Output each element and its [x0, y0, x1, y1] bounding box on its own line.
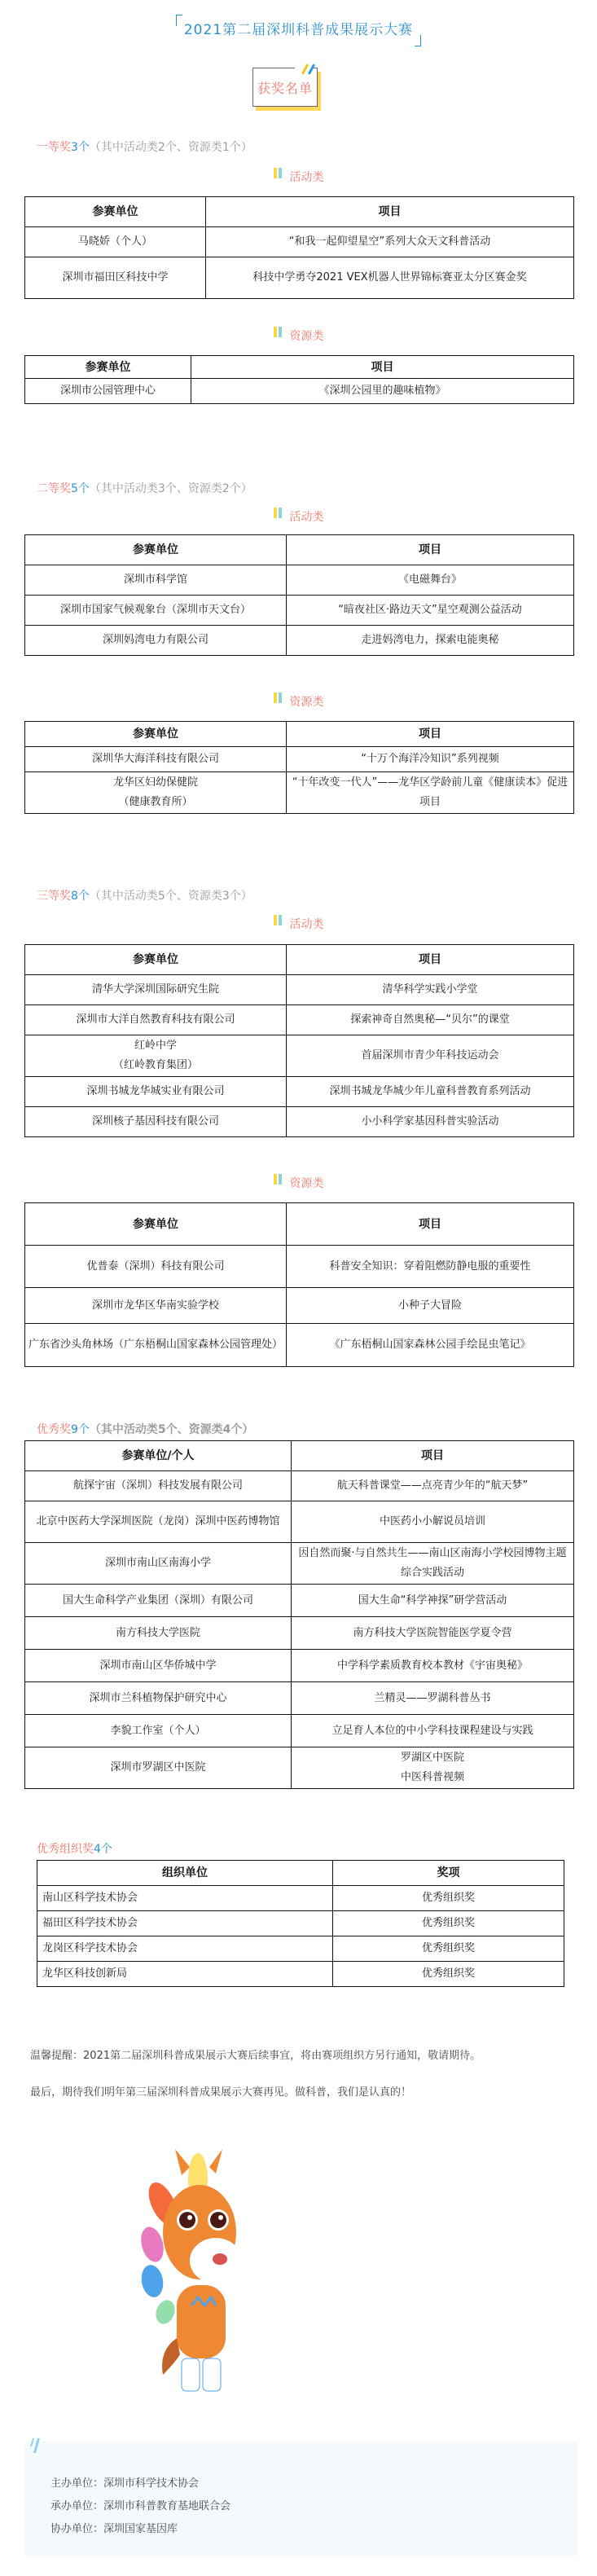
- table-header: 参赛单位: [25, 722, 287, 747]
- table-row: 清华大学深圳国际研究生院 清华科学实践小学堂: [25, 975, 574, 1005]
- bracket-bottom-right-icon: [415, 35, 421, 46]
- table-cell-unit: 深圳市大洋自然教育科技有限公司: [25, 1005, 287, 1035]
- award-level: 优秀组织奖: [37, 1843, 94, 1856]
- table-row: 深圳市罗湖区中医院 罗湖区中医院 中医科普视频: [25, 1747, 574, 1789]
- category-heading: 资源类: [0, 327, 597, 344]
- table-row: 北京中医药大学深圳医院（龙岗）深圳中医药博物馆 中医药小小解说员培训: [25, 1501, 574, 1543]
- table-header: 项目: [292, 1441, 574, 1471]
- award-table: 参赛单位 项目 优普泰（深圳）科技有限公司 科普安全知识：穿着阻燃防静电服的重要…: [24, 1202, 574, 1367]
- award-table: 参赛单位 项目 深圳华大海洋科技有限公司 “十万个海洋冷知识”系列视频 龙华区妇…: [24, 721, 574, 814]
- table-row: 优普泰（深圳）科技有限公司 科普安全知识：穿着阻燃防静电服的重要性: [25, 1246, 574, 1288]
- table-cell-unit: 航探宇宙（深圳）科技发展有限公司: [25, 1471, 292, 1501]
- table-cell-unit: 马晓娇（个人）: [25, 227, 206, 257]
- table-cell-unit: 清华大学深圳国际研究生院: [25, 975, 287, 1005]
- page-title-wrap: 2021第二届深圳科普成果展示大赛: [0, 15, 597, 42]
- table-cell-unit: 龙岗区科学技术协会: [37, 1936, 333, 1962]
- award-level: 三等奖: [37, 890, 71, 903]
- table-cell-award: 优秀组织奖: [333, 1962, 564, 1987]
- table-cell-project: 中医药小小解说员培训: [292, 1501, 574, 1543]
- quote-mark-icon: [29, 2438, 42, 2455]
- table-row: 深圳核子基因科技有限公司 小小科学家基因科普实验活动: [25, 1107, 574, 1137]
- closing-note: 最后，期待我们明年第三届深圳科普成果展示大赛再见。做科普，我们是认真的！: [30, 2083, 411, 2099]
- table-row: 龙华区妇幼保健院 （健康教育所） “十年改变一代人”——龙华区学龄前儿童《健康读…: [25, 772, 574, 814]
- table-cell-award: 优秀组织奖: [333, 1886, 564, 1911]
- table-row: 深圳华大海洋科技有限公司 “十万个海洋冷知识”系列视频: [25, 747, 574, 772]
- table-cell-project: 航天科普课堂——点亮青少年的“航天梦”: [292, 1471, 574, 1501]
- organizer-host: 主办单位：深圳市科学技术协会: [50, 2474, 199, 2490]
- table-cell-unit: 南山区科学技术协会: [37, 1886, 333, 1911]
- table-row: 福田区科学技术协会 优秀组织奖: [37, 1911, 564, 1936]
- award-table: 参赛单位 项目 马晓娇（个人） “和我一起仰望星空”系列大众天文科普活动 深圳市…: [24, 196, 574, 299]
- category-heading: 活动类: [0, 508, 597, 525]
- organizer-co-organizer: 协办单位：深圳国家基因库: [50, 2520, 178, 2535]
- table-header: 项目: [287, 1203, 574, 1246]
- page-title: 2021第二届深圳科普成果展示大赛: [176, 15, 421, 42]
- table-row: 深圳市福田区科技中学 科技中学勇夺2021 VEX机器人世界锦标赛亚太分区赛金奖: [25, 257, 574, 299]
- award-level: 优秀奖: [37, 1423, 71, 1436]
- table-cell-unit: 深圳市南山区南海小学: [25, 1543, 292, 1585]
- table-row: 南方科技大学医院 南方科技大学医院智能医学夏令营: [25, 1617, 574, 1650]
- table-cell-project: 首届深圳市青少年科技运动会: [287, 1035, 574, 1077]
- page-title-text: 2021第二届深圳科普成果展示大赛: [184, 22, 413, 38]
- award-table: 参赛单位 项目 深圳市公园管理中心 《深圳公园里的趣味植物》: [24, 355, 574, 404]
- table-row: 深圳妈湾电力有限公司 走进妈湾电力，探索电能奥秘: [25, 626, 574, 656]
- table-row: 深圳市公园管理中心 《深圳公园里的趣味植物》: [25, 379, 574, 404]
- table-cell-project: “暗夜社区·路边天文”星空观测公益活动: [287, 596, 574, 626]
- table-row: 航探宇宙（深圳）科技发展有限公司 航天科普课堂——点亮青少年的“航天梦”: [25, 1471, 574, 1501]
- category-marker-icon: [274, 692, 283, 706]
- table-cell-unit: 深圳核子基因科技有限公司: [25, 1107, 287, 1137]
- table-cell-project: 小种子大冒险: [287, 1288, 574, 1324]
- category-label: 资源类: [290, 330, 324, 343]
- table-row: 深圳市兰科植物保护研究中心 兰精灵——罗湖科普丛书: [25, 1682, 574, 1715]
- table-cell-unit: 广东省沙头角林场（广东梧桐山国家森林公园管理处）: [25, 1324, 287, 1367]
- table-row: 龙岗区科学技术协会 优秀组织奖: [37, 1936, 564, 1962]
- table-header: 项目: [287, 722, 574, 747]
- table-cell-project: 《广东梧桐山国家森林公园手绘昆虫笔记》: [287, 1324, 574, 1367]
- category-heading: 活动类: [0, 169, 597, 185]
- table-row: 龙华区科技创新局 优秀组织奖: [37, 1962, 564, 1987]
- table-cell-project: 《深圳公园里的趣味植物》: [191, 379, 574, 404]
- table-row: 红岭中学 （红岭教育集团） 首届深圳市青少年科技运动会: [25, 1035, 574, 1077]
- category-heading: 资源类: [0, 1175, 597, 1191]
- award-note: （其中活动类5个、资源类4个）: [90, 1423, 253, 1436]
- table-header: 项目: [191, 356, 574, 379]
- table-cell-unit: 深圳市科学馆: [25, 565, 287, 596]
- table-cell-unit: 北京中医药大学深圳医院（龙岗）深圳中医药博物馆: [25, 1501, 292, 1543]
- table-header: 组织单位: [37, 1861, 333, 1886]
- table-cell-project: “和我一起仰望星空”系列大众天文科普活动: [206, 227, 574, 257]
- table-header: 奖项: [333, 1861, 564, 1886]
- table-cell-unit: 李貌工作室（个人）: [25, 1715, 292, 1747]
- table-header: 参赛单位: [25, 1203, 287, 1246]
- category-marker-icon: [274, 915, 283, 929]
- award-level: 二等奖: [37, 482, 71, 495]
- table-header: 参赛单位/个人: [25, 1441, 292, 1471]
- table-cell-unit: 深圳华大海洋科技有限公司: [25, 747, 287, 772]
- table-cell-project: 探索神奇自然奥秘—“贝尔”的课堂: [287, 1005, 574, 1035]
- table-row: 深圳市大洋自然教育科技有限公司 探索神奇自然奥秘—“贝尔”的课堂: [25, 1005, 574, 1035]
- category-heading: 活动类: [0, 916, 597, 932]
- table-row: 深圳书城龙华城实业有限公司 深圳书城龙华城少年儿童科普教育系列活动: [25, 1077, 574, 1107]
- table-cell-project: 科普安全知识：穿着阻燃防静电服的重要性: [287, 1246, 574, 1288]
- table-cell-unit: 红岭中学 （红岭教育集团）: [25, 1035, 287, 1077]
- table-row: 南山区科学技术协会 优秀组织奖: [37, 1886, 564, 1911]
- table-cell-project: 国大生命“科学神探”研学营活动: [292, 1585, 574, 1617]
- organizers-box: 主办单位：深圳市科学技术协会 承办单位：深圳市科普教育基地联合会 协办单位：深圳…: [25, 2442, 577, 2556]
- table-cell-project: 中学科学素质教育校本教材《宇宙奥秘》: [292, 1650, 574, 1682]
- award-count: 5个: [71, 482, 90, 495]
- table-row: 国大生命科学产业集团（深圳）有限公司 国大生命“科学神探”研学营活动: [25, 1585, 574, 1617]
- table-cell-award: 优秀组织奖: [333, 1936, 564, 1962]
- table-cell-unit: 深圳市兰科植物保护研究中心: [25, 1682, 292, 1715]
- award-count: 3个: [71, 141, 90, 154]
- table-header: 参赛单位: [25, 535, 287, 565]
- table-row: 深圳市龙华区华南实验学校 小种子大冒险: [25, 1288, 574, 1324]
- table-cell-project: 深圳书城龙华城少年儿童科普教育系列活动: [287, 1077, 574, 1107]
- award-table: 参赛单位 项目 清华大学深圳国际研究生院 清华科学实践小学堂 深圳市大洋自然教育…: [24, 944, 574, 1137]
- award-count: 8个: [71, 890, 90, 903]
- table-cell-unit: 南方科技大学医院: [25, 1617, 292, 1650]
- award-note: （其中活动类3个、资源类2个）: [90, 482, 252, 495]
- table-cell-project: “十万个海洋冷知识”系列视频: [287, 747, 574, 772]
- table-cell-unit: 龙华区妇幼保健院 （健康教育所）: [25, 772, 287, 814]
- table-cell-project: 兰精灵——罗湖科普丛书: [292, 1682, 574, 1715]
- award-table: 参赛单位 项目 深圳市科学馆 《电磁舞台》 深圳市国家气候观象台（深圳市天文台）…: [24, 534, 574, 656]
- table-cell-unit: 龙华区科技创新局: [37, 1962, 333, 1987]
- table-cell-project: 走进妈湾电力，探索电能奥秘: [287, 626, 574, 656]
- award-note: （其中活动类2个、资源类1个）: [90, 141, 252, 154]
- category-marker-icon: [274, 168, 283, 182]
- table-row: 马晓娇（个人） “和我一起仰望星空”系列大众天文科普活动: [25, 227, 574, 257]
- mascot-horse-illustration: [134, 2143, 248, 2403]
- table-cell-unit: 深圳妈湾电力有限公司: [25, 626, 287, 656]
- table-cell-project: 清华科学实践小学堂: [287, 975, 574, 1005]
- table-cell-unit: 国大生命科学产业集团（深圳）有限公司: [25, 1585, 292, 1617]
- category-label: 活动类: [290, 171, 324, 184]
- section-heading-first-prize: 一等奖3个（其中活动类2个、资源类1个）: [37, 138, 252, 155]
- category-marker-icon: [274, 1174, 283, 1188]
- section-heading-second-prize: 二等奖5个（其中活动类3个、资源类2个）: [37, 480, 252, 496]
- bracket-top-left-icon: [176, 15, 182, 26]
- organization-award-table: 组织单位 奖项 南山区科学技术协会 优秀组织奖 福田区科学技术协会 优秀组织奖 …: [37, 1860, 564, 1987]
- award-note: （其中活动类5个、资源类3个）: [90, 890, 252, 903]
- category-heading: 资源类: [0, 693, 597, 710]
- table-cell-award: 优秀组织奖: [333, 1911, 564, 1936]
- table-cell-unit: 深圳市罗湖区中医院: [25, 1747, 292, 1789]
- table-cell-project: 《电磁舞台》: [287, 565, 574, 596]
- organizer-undertaker: 承办单位：深圳市科普教育基地联合会: [50, 2497, 230, 2512]
- award-level: 一等奖: [37, 141, 71, 154]
- table-cell-unit: 深圳书城龙华城实业有限公司: [25, 1077, 287, 1107]
- table-cell-unit: 深圳市南山区华侨城中学: [25, 1650, 292, 1682]
- table-row: 广东省沙头角林场（广东梧桐山国家森林公园管理处） 《广东梧桐山国家森林公园手绘昆…: [25, 1324, 574, 1367]
- table-header: 项目: [287, 535, 574, 565]
- table-cell-project: 科技中学勇夺2021 VEX机器人世界锦标赛亚太分区赛金奖: [206, 257, 574, 299]
- award-count: 4个: [94, 1843, 112, 1856]
- award-count: 9个: [71, 1423, 90, 1436]
- table-row: 深圳市南山区南海小学 因自然而聚·与自然共生——南山区南海小学校园博物主题综合实…: [25, 1543, 574, 1585]
- section-heading-excellence-prize: 优秀奖9个（其中活动类5个、资源类4个）: [37, 1421, 253, 1437]
- category-label: 资源类: [290, 1177, 324, 1190]
- category-label: 活动类: [290, 918, 324, 931]
- category-marker-icon: [274, 508, 283, 521]
- table-cell-unit: 深圳市龙华区华南实验学校: [25, 1288, 287, 1324]
- category-marker-icon: [274, 327, 283, 341]
- table-cell-unit: 深圳市福田区科技中学: [25, 257, 206, 299]
- table-cell-project: 小小科学家基因科普实验活动: [287, 1107, 574, 1137]
- table-cell-unit: 优普泰（深圳）科技有限公司: [25, 1246, 287, 1288]
- table-header: 参赛单位: [25, 945, 287, 975]
- award-table: 参赛单位/个人 项目 航探宇宙（深圳）科技发展有限公司 航天科普课堂——点亮青少…: [24, 1440, 574, 1789]
- table-cell-project: 南方科技大学医院智能医学夏令营: [292, 1617, 574, 1650]
- table-header: 项目: [206, 197, 574, 227]
- table-header: 参赛单位: [25, 356, 191, 379]
- category-label: 资源类: [290, 696, 324, 709]
- table-row: 李貌工作室（个人） 立足育人本位的中小学科技课程建设与实践: [25, 1715, 574, 1747]
- badge-label: 获奖名单: [257, 78, 313, 97]
- reminder-note: 温馨提醒：2021第二届深圳科普成果展示大赛后续事宜，将由赛项组织方另行通知，敬…: [30, 2046, 481, 2062]
- table-row: 深圳市南山区华侨城中学 中学科学素质教育校本教材《宇宙奥秘》: [25, 1650, 574, 1682]
- table-row: 深圳市科学馆 《电磁舞台》: [25, 565, 574, 596]
- table-cell-project: 罗湖区中医院 中医科普视频: [292, 1747, 574, 1789]
- section-heading-organization-award: 优秀组织奖4个: [37, 1840, 112, 1857]
- table-cell-project: 因自然而聚·与自然共生——南山区南海小学校园博物主题综合实践活动: [292, 1543, 574, 1585]
- table-header: 项目: [287, 945, 574, 975]
- table-cell-project: 立足育人本位的中小学科技课程建设与实践: [292, 1715, 574, 1747]
- table-cell-unit: 福田区科学技术协会: [37, 1911, 333, 1936]
- table-cell-unit: 深圳市国家气候观象台（深圳市天文台）: [25, 596, 287, 626]
- category-label: 活动类: [290, 511, 324, 524]
- table-row: 深圳市国家气候观象台（深圳市天文台） “暗夜社区·路边天文”星空观测公益活动: [25, 596, 574, 626]
- section-heading-third-prize: 三等奖8个（其中活动类5个、资源类3个）: [37, 887, 252, 903]
- table-header: 参赛单位: [25, 197, 206, 227]
- table-cell-unit: 深圳市公园管理中心: [25, 379, 191, 404]
- table-cell-project: “十年改变一代人”——龙华区学龄前儿童《健康读本》促进项目: [287, 772, 574, 814]
